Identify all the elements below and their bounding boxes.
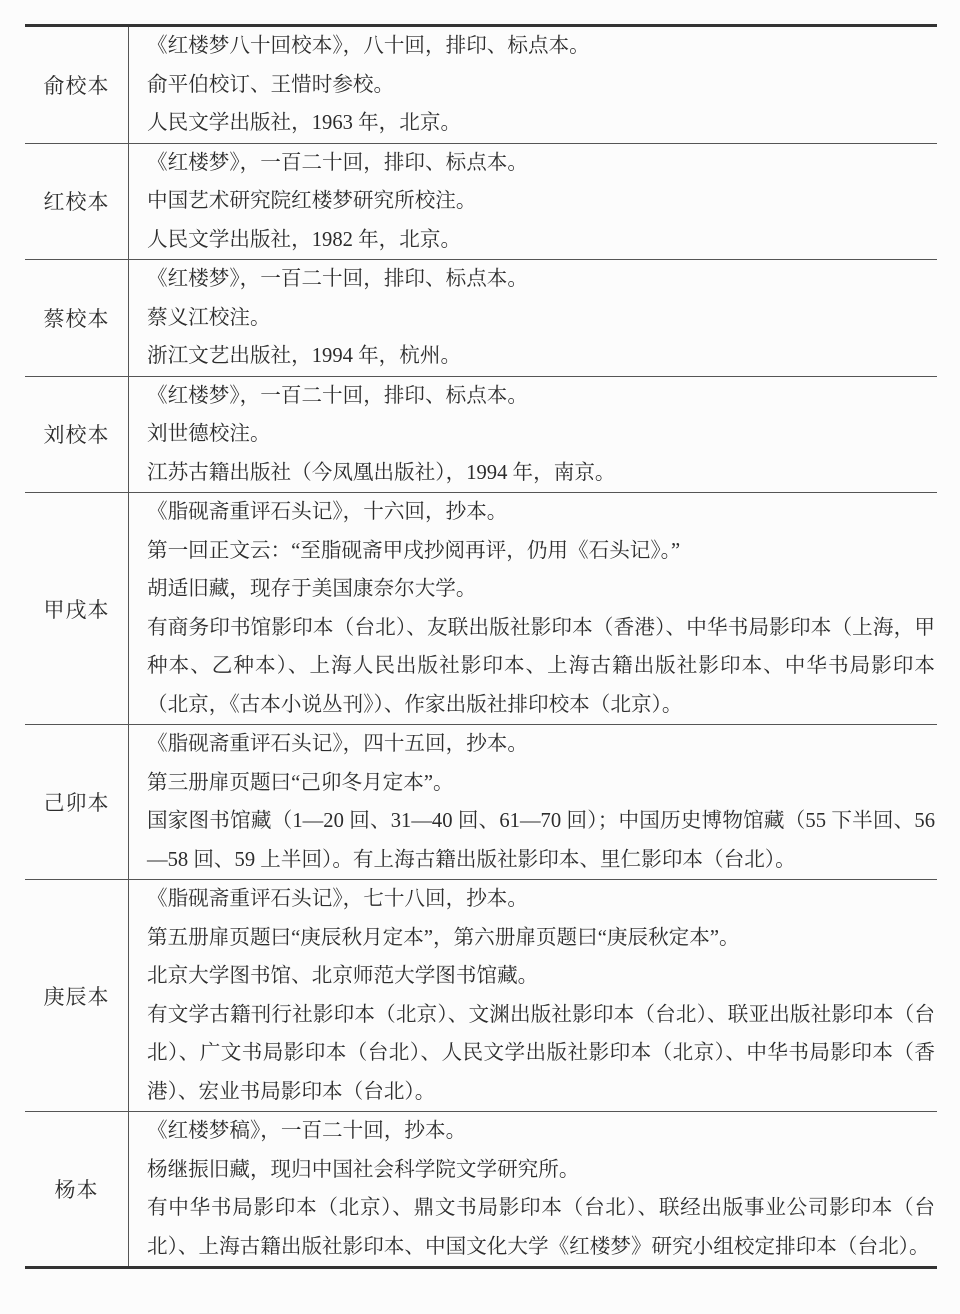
detail-paragraph: 有商务印书馆影印本（台北）、友联出版社影印本（香港）、中华书局影印本（上海，甲种… bbox=[147, 609, 935, 725]
edition-label: 己卯本 bbox=[25, 725, 129, 880]
edition-details: 《脂砚斋重评石头记》，十六回，抄本。 第一回正文云：“至脂砚斋甲戌抄阅再评，仍用… bbox=[129, 493, 938, 725]
edition-label: 红校本 bbox=[25, 143, 129, 260]
table-row: 甲戌本 《脂砚斋重评石头记》，十六回，抄本。 第一回正文云：“至脂砚斋甲戌抄阅再… bbox=[25, 493, 937, 725]
table-row: 杨本 《红楼梦稿》，一百二十回，抄本。 杨继振旧藏，现归中国社会科学院文学研究所… bbox=[25, 1112, 937, 1268]
detail-paragraph: 《红楼梦八十回校本》，八十回，排印、标点本。 bbox=[147, 27, 935, 66]
detail-paragraph: 北京大学图书馆、北京师范大学图书馆藏。 bbox=[147, 957, 935, 996]
detail-paragraph: 第五册扉页题曰“庚辰秋月定本”，第六册扉页题曰“庚辰秋定本”。 bbox=[147, 919, 935, 958]
detail-paragraph: 蔡义江校注。 bbox=[147, 299, 935, 338]
detail-paragraph: 《红楼梦》，一百二十回，排印、标点本。 bbox=[147, 144, 935, 183]
edition-details: 《红楼梦》，一百二十回，排印、标点本。 蔡义江校注。 浙江文艺出版社，1994 … bbox=[129, 260, 938, 377]
detail-paragraph: 有文学古籍刊行社影印本（北京）、文渊出版社影印本（台北）、联亚出版社影印本（台北… bbox=[147, 996, 935, 1112]
table-row: 蔡校本 《红楼梦》，一百二十回，排印、标点本。 蔡义江校注。 浙江文艺出版社，1… bbox=[25, 260, 937, 377]
edition-details: 《红楼梦》，一百二十回，排印、标点本。 刘世德校注。 江苏古籍出版社（今凤凰出版… bbox=[129, 376, 938, 493]
detail-paragraph: 人民文学出版社，1982 年，北京。 bbox=[147, 221, 935, 260]
edition-details: 《红楼梦稿》，一百二十回，抄本。 杨继振旧藏，现归中国社会科学院文学研究所。 有… bbox=[129, 1112, 938, 1268]
edition-label: 俞校本 bbox=[25, 26, 129, 144]
edition-details: 《红楼梦八十回校本》，八十回，排印、标点本。 俞平伯校订、王惜时参校。 人民文学… bbox=[129, 26, 938, 144]
edition-details: 《脂砚斋重评石头记》，四十五回，抄本。 第三册扉页题曰“己卯冬月定本”。 国家图… bbox=[129, 725, 938, 880]
detail-paragraph: 江苏古籍出版社（今凤凰出版社），1994 年，南京。 bbox=[147, 454, 935, 493]
detail-paragraph: 人民文学出版社，1963 年，北京。 bbox=[147, 104, 935, 143]
page: 俞校本 《红楼梦八十回校本》，八十回，排印、标点本。 俞平伯校订、王惜时参校。 … bbox=[0, 0, 960, 1314]
detail-paragraph: 《脂砚斋重评石头记》，四十五回，抄本。 bbox=[147, 725, 935, 764]
detail-paragraph: 第一回正文云：“至脂砚斋甲戌抄阅再评，仍用《石头记》。” bbox=[147, 532, 935, 571]
detail-paragraph: 《红楼梦稿》，一百二十回，抄本。 bbox=[147, 1112, 935, 1151]
table-row: 红校本 《红楼梦》，一百二十回，排印、标点本。 中国艺术研究院红楼梦研究所校注。… bbox=[25, 143, 937, 260]
edition-label: 刘校本 bbox=[25, 376, 129, 493]
edition-label: 甲戌本 bbox=[25, 493, 129, 725]
detail-paragraph: 国家图书馆藏（1—20 回、31—40 回、61—70 回）；中国历史博物馆藏（… bbox=[147, 802, 935, 879]
table-row: 己卯本 《脂砚斋重评石头记》，四十五回，抄本。 第三册扉页题曰“己卯冬月定本”。… bbox=[25, 725, 937, 880]
detail-paragraph: 《脂砚斋重评石头记》，十六回，抄本。 bbox=[147, 493, 935, 532]
edition-label: 蔡校本 bbox=[25, 260, 129, 377]
detail-paragraph: 《脂砚斋重评石头记》，七十八回，抄本。 bbox=[147, 880, 935, 919]
edition-table: 俞校本 《红楼梦八十回校本》，八十回，排印、标点本。 俞平伯校订、王惜时参校。 … bbox=[25, 24, 937, 1269]
table-row: 刘校本 《红楼梦》，一百二十回，排印、标点本。 刘世德校注。 江苏古籍出版社（今… bbox=[25, 376, 937, 493]
detail-paragraph: 胡适旧藏，现存于美国康奈尔大学。 bbox=[147, 570, 935, 609]
detail-paragraph: 第三册扉页题曰“己卯冬月定本”。 bbox=[147, 764, 935, 803]
edition-label: 庚辰本 bbox=[25, 880, 129, 1112]
detail-paragraph: 杨继振旧藏，现归中国社会科学院文学研究所。 bbox=[147, 1151, 935, 1190]
table-row: 俞校本 《红楼梦八十回校本》，八十回，排印、标点本。 俞平伯校订、王惜时参校。 … bbox=[25, 26, 937, 144]
edition-details: 《脂砚斋重评石头记》，七十八回，抄本。 第五册扉页题曰“庚辰秋月定本”，第六册扉… bbox=[129, 880, 938, 1112]
edition-details: 《红楼梦》，一百二十回，排印、标点本。 中国艺术研究院红楼梦研究所校注。 人民文… bbox=[129, 143, 938, 260]
detail-paragraph: 刘世德校注。 bbox=[147, 415, 935, 454]
table-row: 庚辰本 《脂砚斋重评石头记》，七十八回，抄本。 第五册扉页题曰“庚辰秋月定本”，… bbox=[25, 880, 937, 1112]
detail-paragraph: 俞平伯校订、王惜时参校。 bbox=[147, 66, 935, 105]
detail-paragraph: 有中华书局影印本（北京）、鼎文书局影印本（台北）、联经出版事业公司影印本（台北）… bbox=[147, 1189, 935, 1266]
detail-paragraph: 《红楼梦》，一百二十回，排印、标点本。 bbox=[147, 377, 935, 416]
detail-paragraph: 中国艺术研究院红楼梦研究所校注。 bbox=[147, 182, 935, 221]
detail-paragraph: 浙江文艺出版社，1994 年，杭州。 bbox=[147, 337, 935, 376]
edition-label: 杨本 bbox=[25, 1112, 129, 1268]
detail-paragraph: 《红楼梦》，一百二十回，排印、标点本。 bbox=[147, 260, 935, 299]
